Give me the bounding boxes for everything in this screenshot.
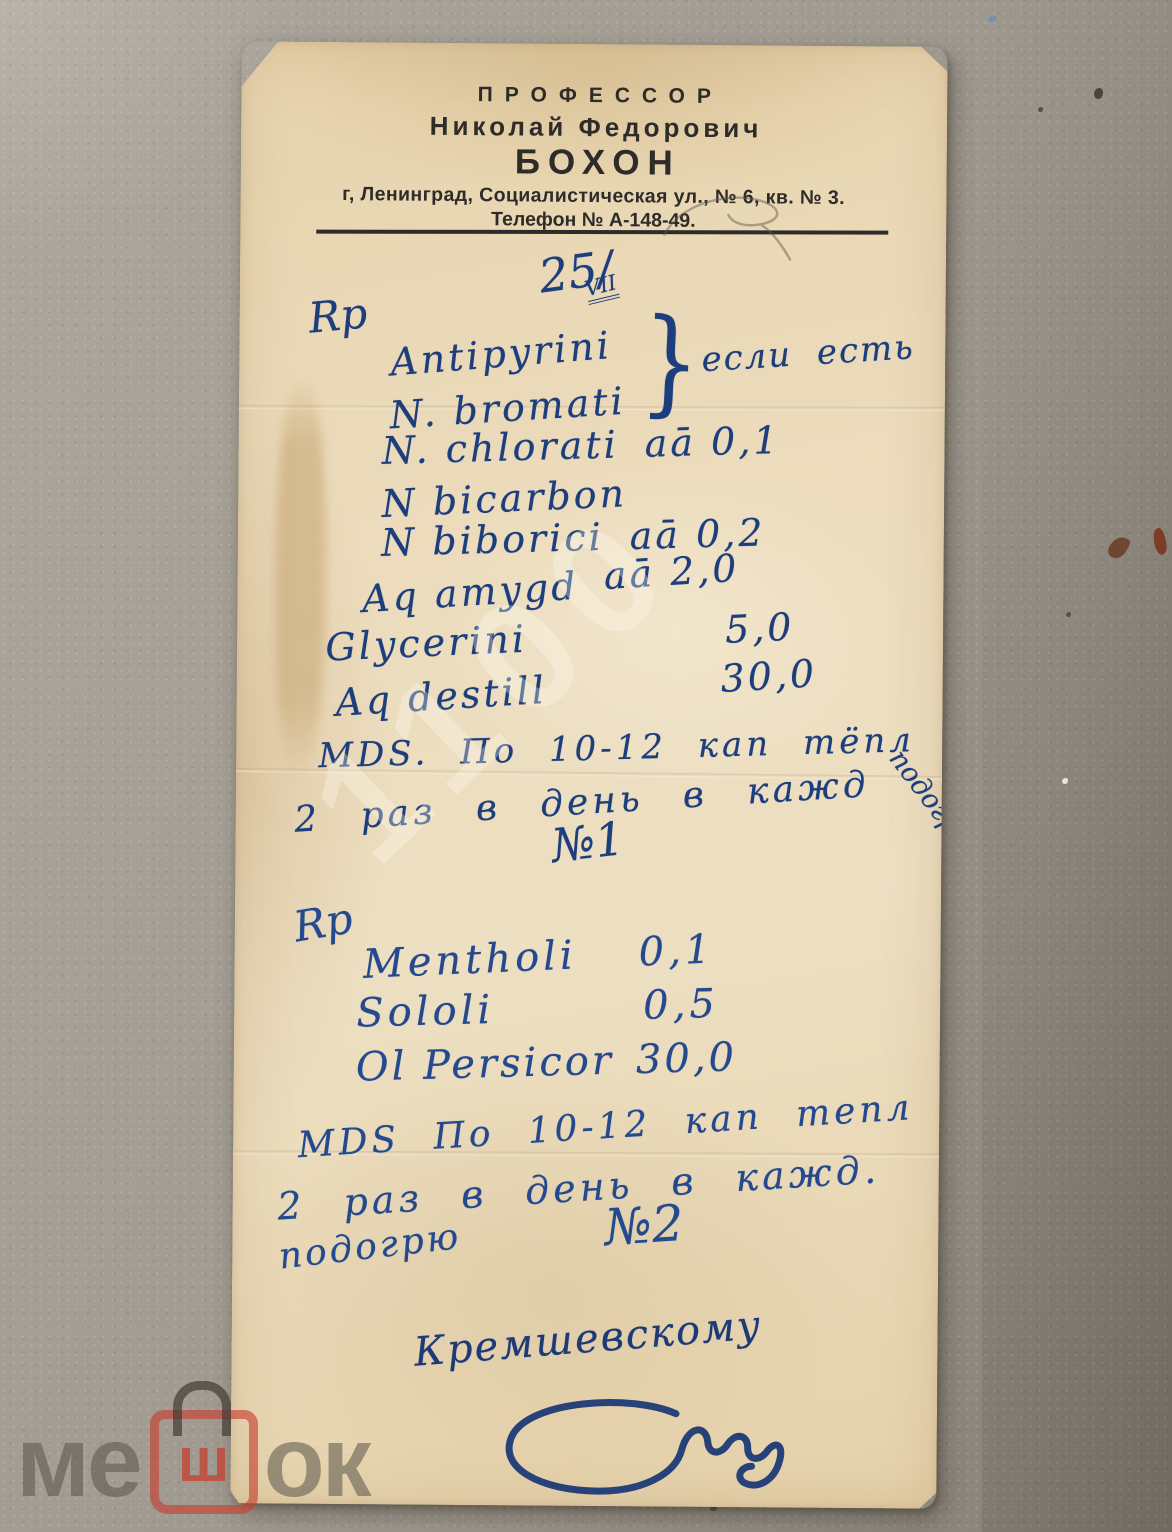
- drug-name: Ol Persicor: [355, 1038, 614, 1091]
- drug-name: Glycerini: [324, 617, 527, 670]
- drug-name: Aq destill: [334, 668, 548, 725]
- rx2-item: Ol Persicor30,0: [355, 1028, 956, 1090]
- drug-name: N biborici: [380, 515, 604, 565]
- rx2-number: №2: [603, 1194, 686, 1257]
- paper-surface: ПРОФЕССОР Николай Федорович БОХОН г, Лен…: [230, 41, 947, 1508]
- bag-letter: ш: [178, 1425, 230, 1496]
- brace-glyph: }: [638, 293, 703, 431]
- drug-name: Mentholi: [362, 932, 578, 987]
- drug-dose: 5,0: [724, 605, 795, 652]
- drug-dose: aā 2,0: [602, 546, 740, 598]
- drug-dose: 0,5: [643, 981, 720, 1029]
- drug-name: Antipyrini: [389, 323, 614, 384]
- drug-dose: 0,1: [638, 926, 716, 975]
- drug-name: N. chlorati: [381, 422, 619, 472]
- drug-dose: 30,0: [635, 1034, 737, 1083]
- speck: [1066, 612, 1071, 617]
- addressee-name: Кремшевскому: [412, 1302, 764, 1376]
- rx2-rp-symbol: Rp: [290, 893, 356, 951]
- drug-name: Sololi: [356, 987, 495, 1037]
- speck: [1062, 778, 1068, 784]
- speck: [988, 16, 997, 22]
- cardboard-shadow: [982, 0, 1172, 1532]
- letterhead-surname: БОХОН: [241, 140, 947, 186]
- prescription-paper: ПРОФЕССОР Николай Федорович БОХОН г, Лен…: [230, 41, 947, 1508]
- photo-scene: ПРОФЕССОР Николай Федорович БОХОН г, Лен…: [0, 0, 1172, 1532]
- drug-dose: aā 0,1: [644, 418, 781, 466]
- paper-stain: [274, 372, 327, 782]
- doctor-signature: Бохон: [474, 1384, 805, 1532]
- speck: [1094, 88, 1103, 99]
- speck: [1151, 527, 1169, 556]
- drug-dose: 30,0: [719, 651, 818, 701]
- speck: [1038, 107, 1043, 112]
- date-month: VII: [582, 270, 619, 305]
- speck: [1106, 533, 1132, 561]
- rx1-signatura-tail: подогр: [883, 744, 967, 841]
- watermark-letters-left: ме: [16, 1412, 140, 1512]
- rx1-number: №1: [549, 811, 627, 873]
- letterhead-rule: [316, 230, 888, 234]
- handwritten-date: 25/ VII: [536, 240, 616, 303]
- pencil-squiggle: [660, 185, 801, 266]
- rx1-rp-symbol: Rp: [306, 288, 369, 342]
- letterhead-title: ПРОФЕССОР: [241, 81, 947, 111]
- drug-name: Aq amygd: [361, 564, 580, 621]
